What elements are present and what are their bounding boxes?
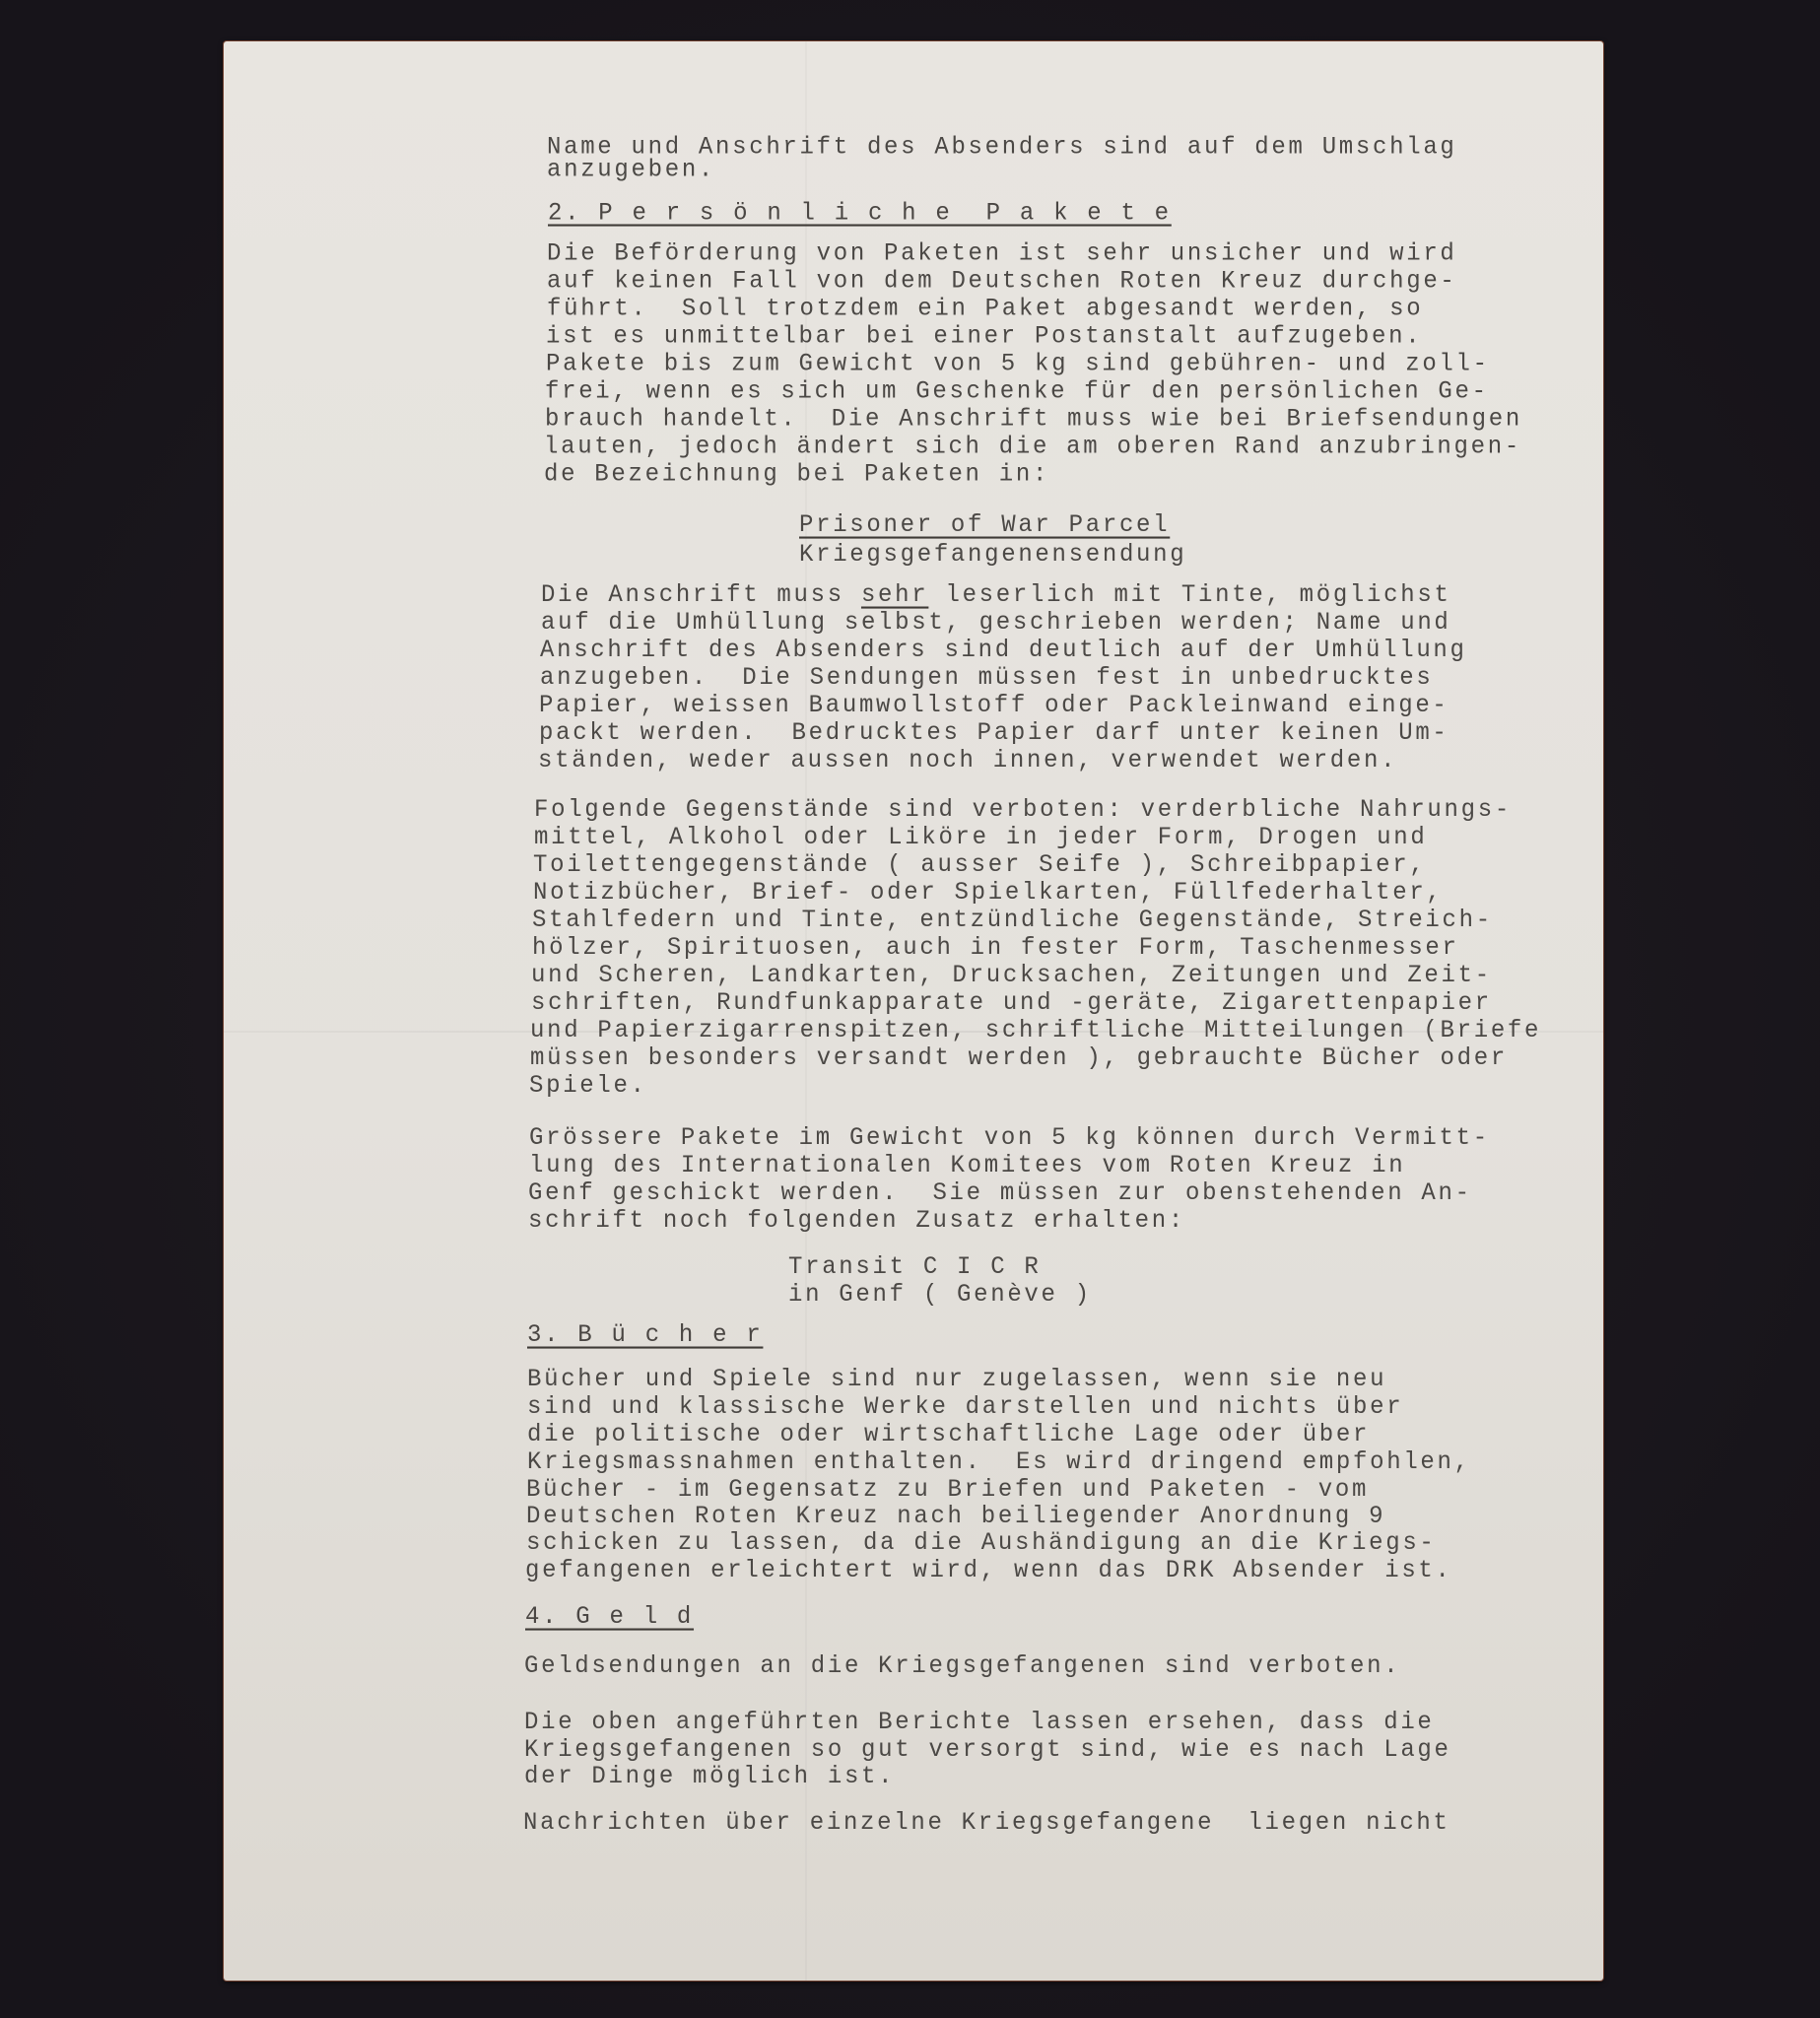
parcel-label-german: Kriegsgefangenensendung	[799, 542, 1186, 569]
paragraph-line: brauch handelt. Die Anschrift muss wie b…	[545, 406, 1522, 433]
paragraph-line: sind und klassische Werke darstellen und…	[527, 1394, 1403, 1421]
intro-line: anzugeben.	[547, 157, 715, 183]
paragraph-line: und Scheren, Landkarten, Drucksachen, Ze…	[531, 963, 1492, 989]
paragraph-line: de Bezeichnung bei Paketen in:	[544, 461, 1049, 488]
emphasis-sehr: sehr	[861, 581, 928, 609]
paragraph-line: Pakete bis zum Gewicht von 5 kg sind geb…	[546, 351, 1490, 377]
paragraph-line: anzugeben. Die Sendungen müssen fest in …	[540, 665, 1433, 692]
paragraph-line: Notizbücher, Brief- oder Spielkarten, Fü…	[533, 880, 1444, 907]
paragraph-line: auf die Umhüllung selbst, geschrieben we…	[541, 610, 1451, 637]
paragraph-line: Spiele.	[529, 1073, 647, 1100]
paragraph-line: Toilettengegenstände ( ausser Seife ), S…	[533, 852, 1426, 879]
paragraph-line: ständen, weder aussen noch innen, verwen…	[538, 748, 1397, 774]
paragraph-line: Papier, weissen Baumwollstoff oder Packl…	[539, 693, 1449, 719]
paragraph-line: schrift noch folgenden Zusatz erhalten:	[528, 1208, 1185, 1235]
paragraph-line: Die oben angeführten Berichte lassen ers…	[524, 1710, 1435, 1736]
paragraph-line: schriften, Rundfunkapparate und -geräte,…	[531, 990, 1492, 1017]
paragraph-line: mittel, Alkohol oder Liköre in jeder For…	[534, 825, 1427, 851]
paragraph-line: Stahlfedern und Tinte, entzündliche Gege…	[532, 908, 1493, 934]
paragraph-line: ist es unmittelbar bei einer Postanstalt…	[546, 323, 1422, 350]
transit-address-line: in Genf ( Genève )	[788, 1282, 1092, 1309]
paragraph-line: Folgende Gegenstände sind verboten: verd…	[534, 797, 1512, 824]
section-heading-persoenliche-pakete: 2. P e r s ö n l i c h e P a k e t e	[548, 200, 1172, 227]
paragraph-line: packt werden. Bedrucktes Papier darf unt…	[539, 720, 1449, 747]
paragraph-line: gefangenen erleichtert wird, wenn das DR…	[525, 1558, 1452, 1584]
paragraph-line: frei, wenn es sich um Geschenke für den …	[545, 378, 1489, 405]
transit-address-line: Transit C I C R	[788, 1254, 1042, 1281]
paragraph-line: auf keinen Fall von dem Deutschen Roten …	[547, 268, 1457, 295]
paragraph-line: Geldsendungen an die Kriegsgefangenen si…	[524, 1653, 1400, 1680]
section-heading-buecher: 3. B ü c h e r	[527, 1322, 763, 1349]
paragraph-line: Bücher - im Gegensatz zu Briefen und Pak…	[526, 1477, 1369, 1504]
paragraph-line: hölzer, Spirituosen, auch in fester Form…	[532, 935, 1459, 962]
paragraph-line: Kriegsgefangenen so gut versorgt sind, w…	[524, 1737, 1451, 1764]
paragraph-line: Kriegsmassnahmen enthalten. Es wird drin…	[527, 1449, 1471, 1476]
paragraph-line: lauten, jedoch ändert sich die am oberen…	[544, 434, 1521, 460]
paragraph-line: der Dinge möglich ist.	[524, 1764, 895, 1790]
paragraph-line: Deutschen Roten Kreuz nach beiliegender …	[526, 1504, 1385, 1530]
paragraph-line: schicken zu lassen, da die Aushändigung …	[526, 1530, 1437, 1557]
paragraph-line: Die Beförderung von Paketen ist sehr uns…	[547, 240, 1457, 267]
paragraph-line: lung des Internationalen Komitees vom Ro…	[529, 1153, 1405, 1179]
paragraph-line: müssen besonders versandt werden ), gebr…	[530, 1045, 1508, 1072]
paragraph-line: die politische oder wirtschaftliche Lage…	[527, 1422, 1370, 1448]
paragraph-line: und Papierzigarrenspitzen, schriftliche …	[530, 1018, 1541, 1044]
paragraph-line: Anschrift des Absenders sind deutlich au…	[540, 638, 1467, 664]
paragraph-line: Genf geschickt werden. Sie müssen zur ob…	[528, 1180, 1472, 1207]
paragraph-line: Nachrichten über einzelne Kriegsgefangen…	[523, 1810, 1450, 1837]
paragraph-line: führt. Soll trotzdem ein Paket abgesandt…	[547, 296, 1423, 322]
section-heading-geld: 4. G e l d	[525, 1604, 694, 1631]
parcel-label-english: Prisoner of War Parcel	[799, 512, 1170, 539]
paragraph-line: Bücher und Spiele sind nur zugelassen, w…	[527, 1367, 1386, 1393]
paragraph-line: Grössere Pakete im Gewicht von 5 kg könn…	[529, 1125, 1490, 1152]
paragraph-line: Die Anschrift muss sehr leserlich mit Ti…	[541, 582, 1451, 609]
